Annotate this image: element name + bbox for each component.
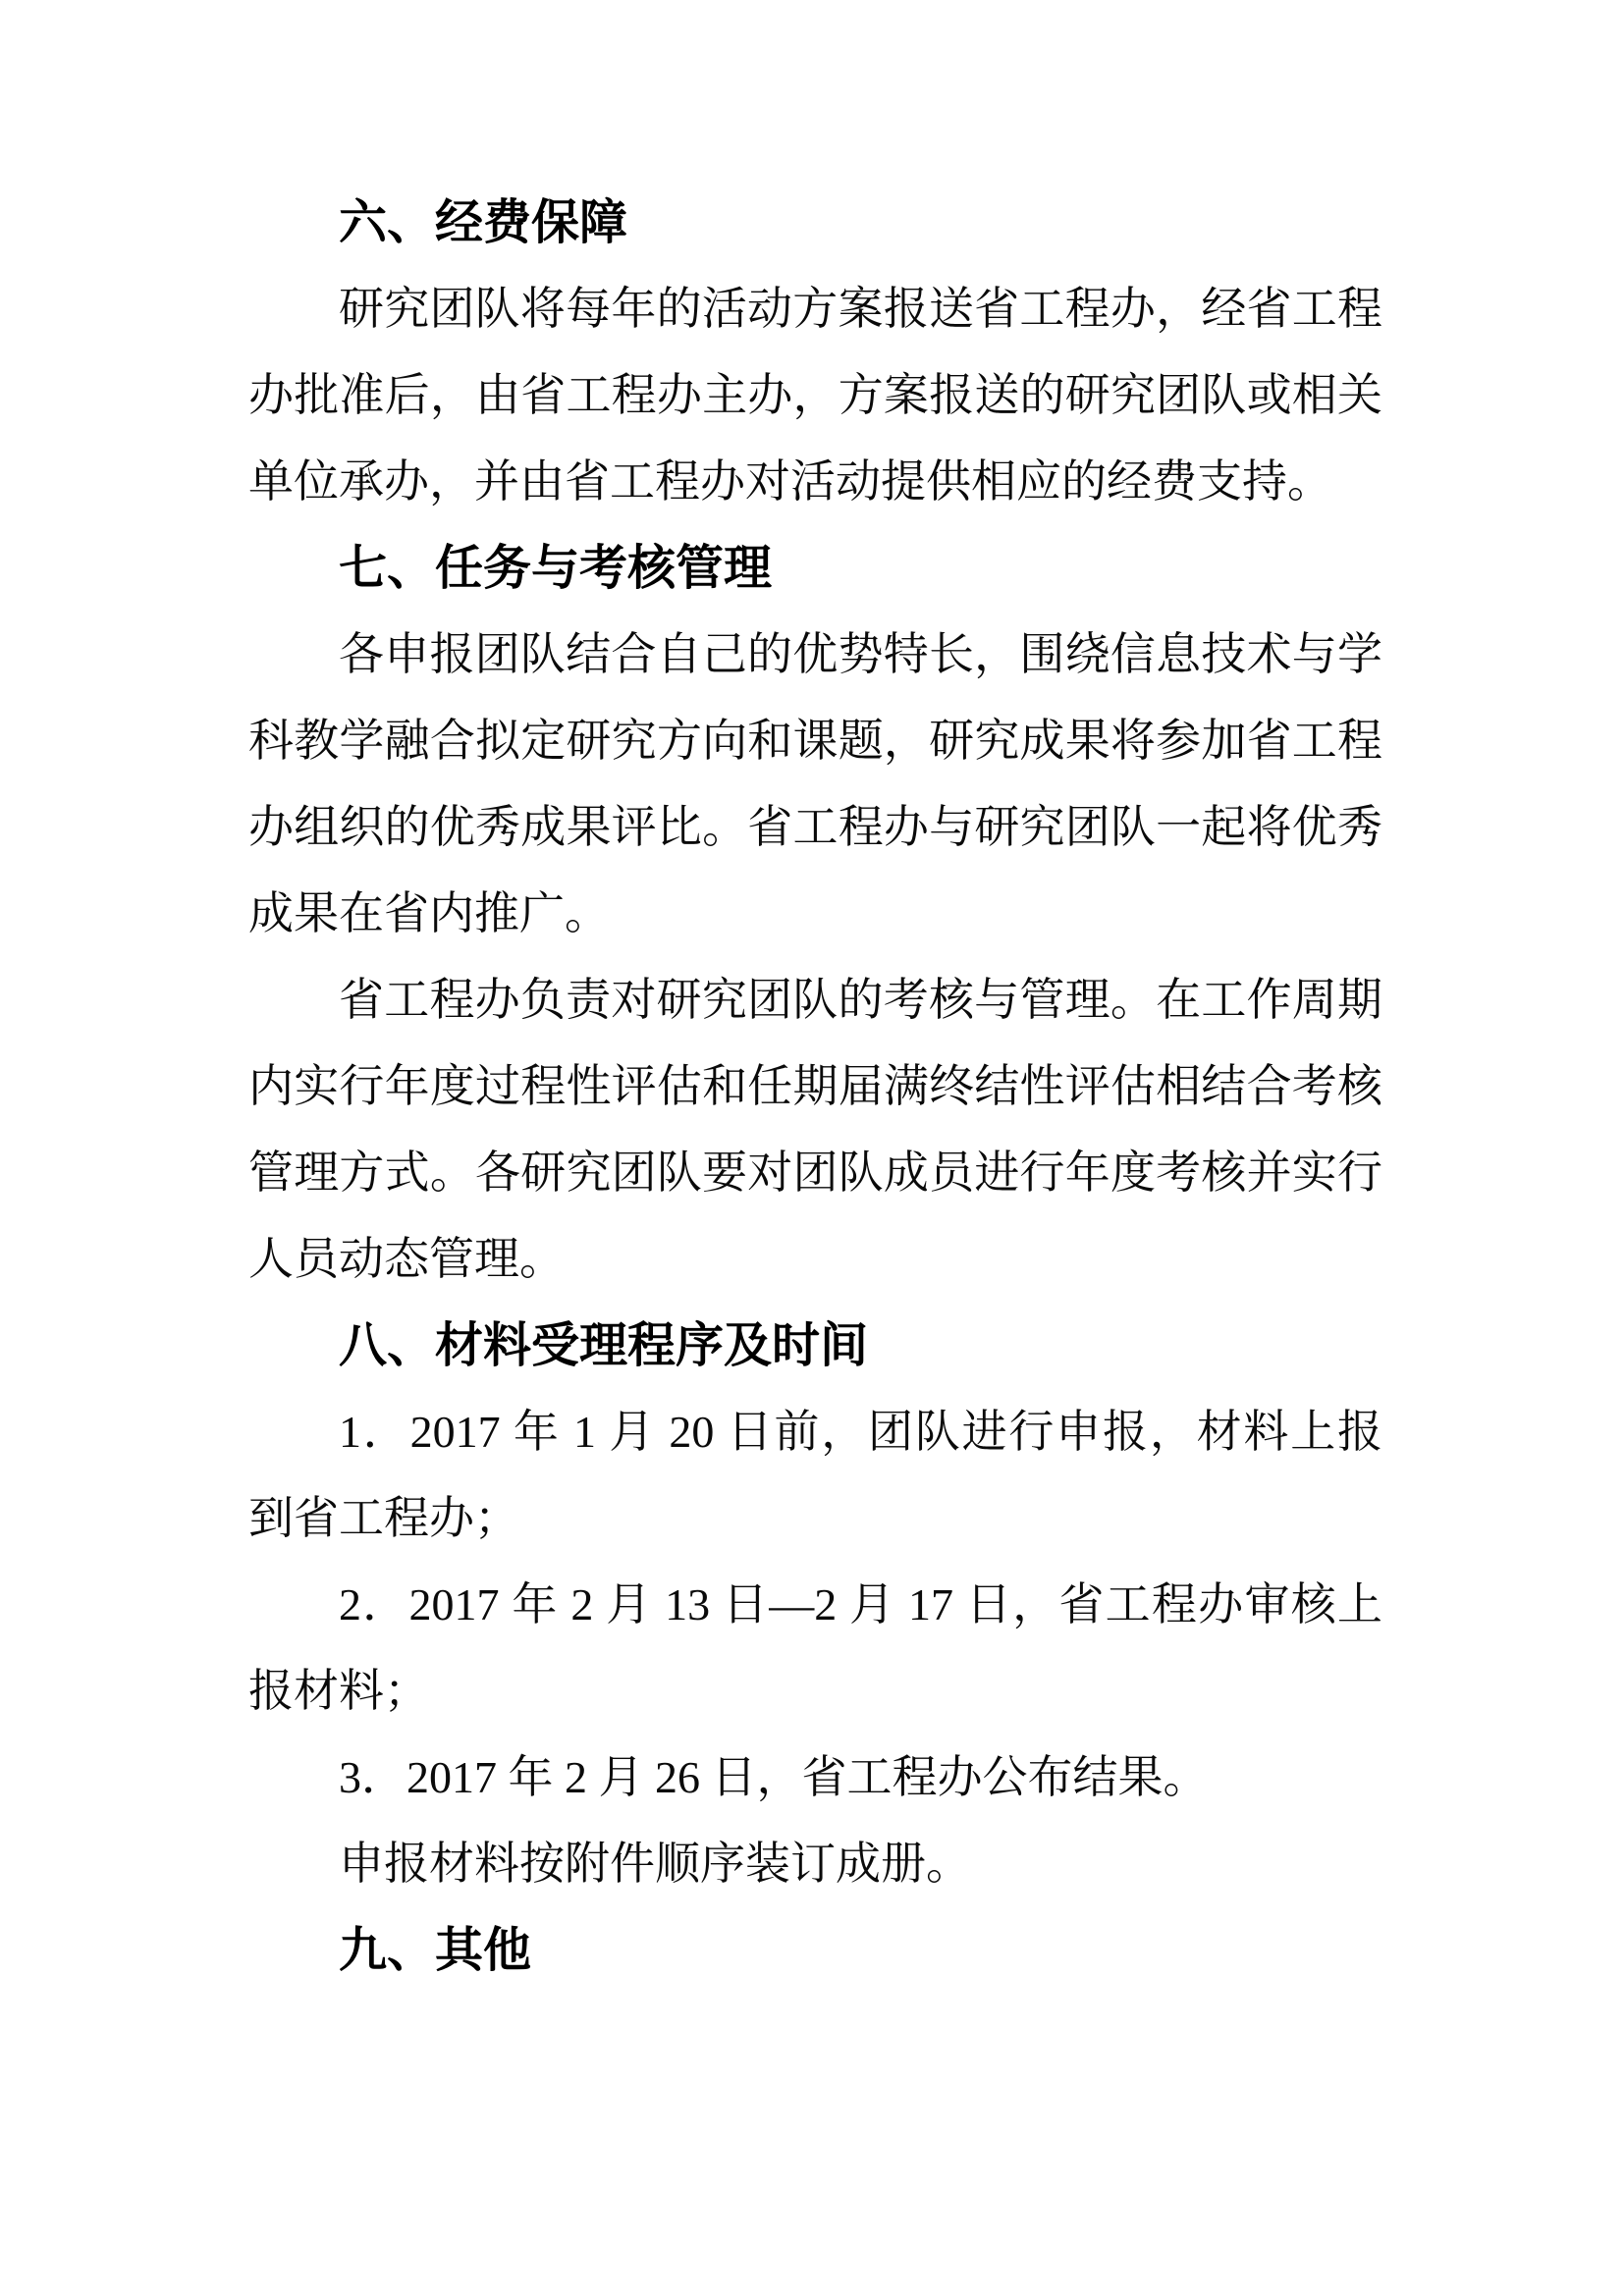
- body-paragraph: 研究团队将每年的活动方案报送省工程办，经省工程办批准后，由省工程办主办，方案报送…: [248, 266, 1382, 525]
- document-content: 六、经费保障研究团队将每年的活动方案报送省工程办，经省工程办批准后，由省工程办主…: [248, 180, 1382, 1994]
- body-paragraph: 省工程办负责对研究团队的考核与管理。在工作周期内实行年度过程性评估和任期届满终结…: [248, 957, 1382, 1303]
- section-heading: 七、任务与考核管理: [248, 525, 1382, 612]
- body-paragraph: 2．2017 年 2 月 13 日—2 月 17 日，省工程办审核上报材料；: [248, 1562, 1382, 1735]
- body-paragraph: 1．2017 年 1 月 20 日前，团队进行申报，材料上报到省工程办；: [248, 1389, 1382, 1562]
- section-heading: 九、其他: [248, 1907, 1382, 1994]
- body-paragraph: 申报材料按附件顺序装订成册。: [248, 1821, 1382, 1907]
- section-heading: 八、材料受理程序及时间: [248, 1303, 1382, 1389]
- body-paragraph: 3．2017 年 2 月 26 日，省工程办公布结果。: [248, 1735, 1382, 1821]
- body-paragraph: 各申报团队结合自己的优势特长，围绕信息技术与学科教学融合拟定研究方向和课题，研究…: [248, 612, 1382, 957]
- document-page: 六、经费保障研究团队将每年的活动方案报送省工程办，经省工程办批准后，由省工程办主…: [0, 0, 1624, 2296]
- section-heading: 六、经费保障: [248, 180, 1382, 266]
